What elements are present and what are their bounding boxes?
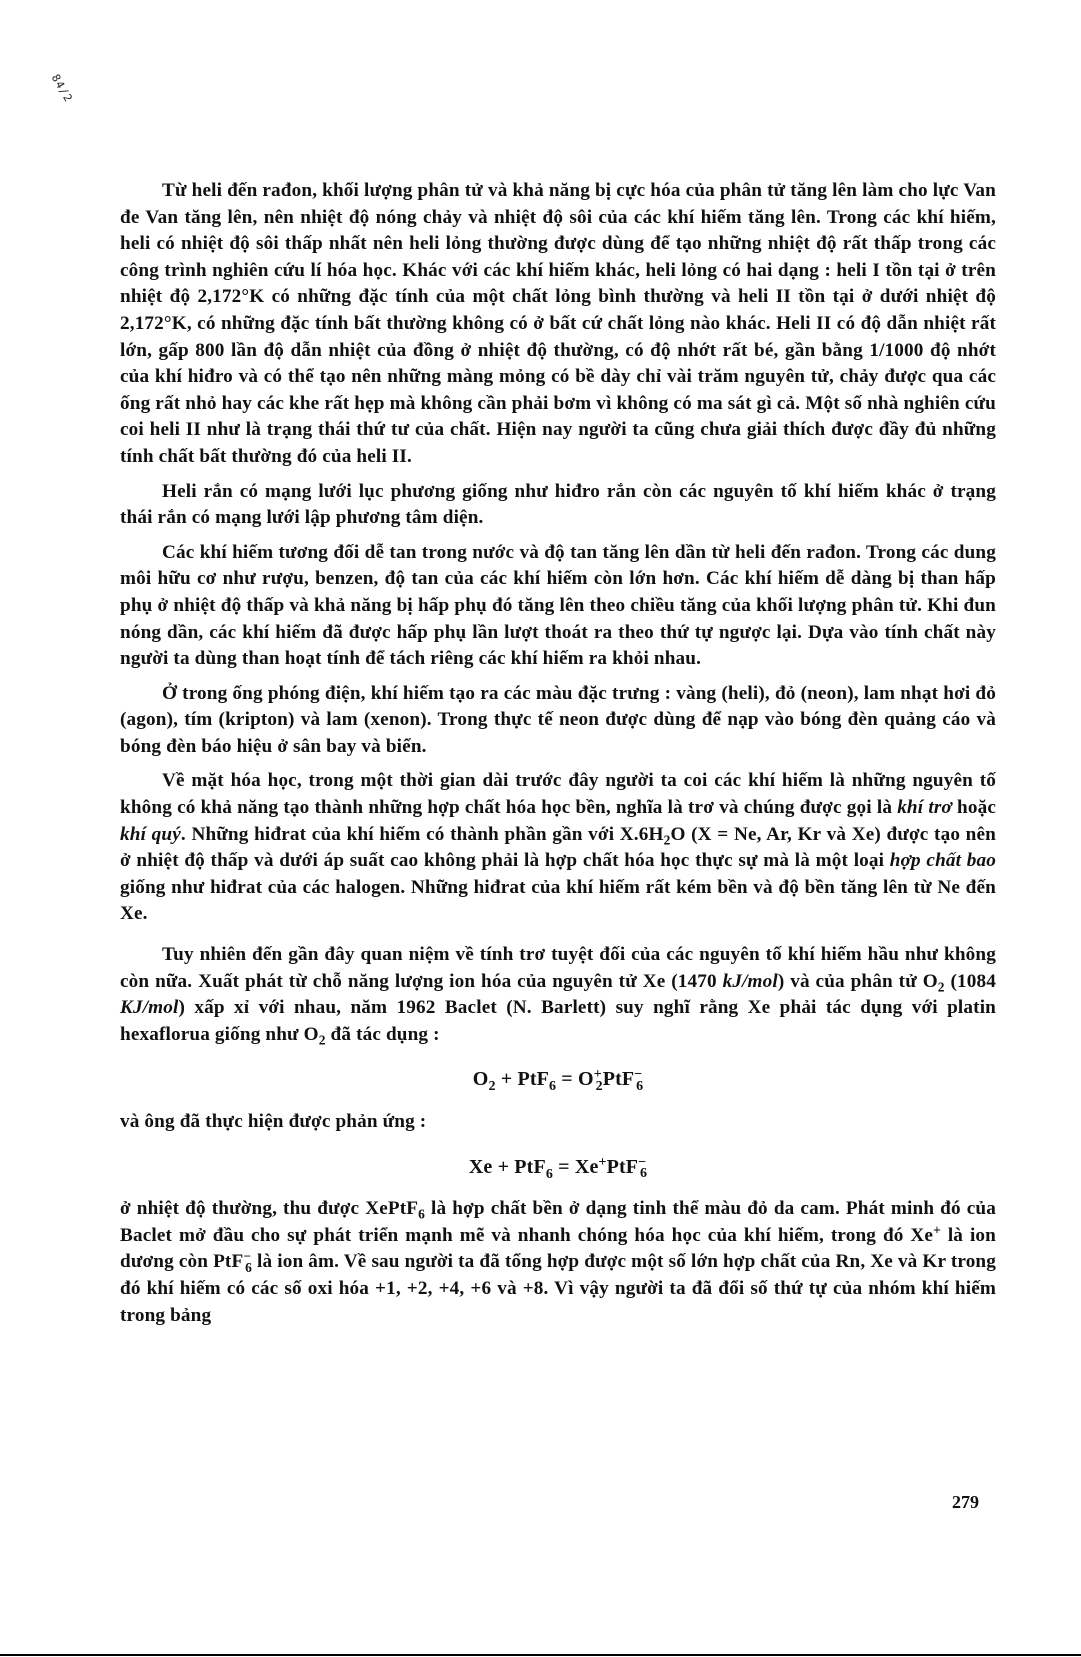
unit-kj-mol: KJ/mol bbox=[120, 997, 178, 1018]
paragraph-solubility: Các khí hiếm tương đối dễ tan trong nước… bbox=[120, 540, 996, 673]
paragraph-solid-helium: Heli rắn có mạng lưới lục phương giống n… bbox=[120, 479, 996, 532]
scan-corner-mark: 84/2 bbox=[49, 72, 76, 105]
superscript: + bbox=[933, 1222, 941, 1237]
eq-term: = O bbox=[556, 1068, 594, 1090]
page-body: Từ heli đến rađon, khối lượng phân tử và… bbox=[120, 178, 996, 1329]
text-segment: giống như hiđrat của các halogen. Những … bbox=[120, 877, 996, 925]
paragraph-bartlett: Tuy nhiên đến gần đây quan niệm về tính … bbox=[120, 942, 996, 1048]
paragraph-chemical-inertness: Về mặt hóa học, trong một thời gian dài … bbox=[120, 768, 996, 928]
text-segment: đã tác dụng : bbox=[326, 1024, 440, 1045]
text-segment: ở nhiệt độ thường, thu được XePtF bbox=[120, 1198, 418, 1219]
eq-term: PtF bbox=[607, 1156, 639, 1178]
eq-term: + PtF bbox=[496, 1068, 549, 1090]
eq-term: Xe + PtF bbox=[469, 1156, 546, 1178]
scan-bottom-edge bbox=[0, 1654, 1081, 1656]
subscript: 6 bbox=[418, 1207, 425, 1222]
text-segment: Về mặt hóa học, trong một thời gian dài … bbox=[120, 770, 996, 818]
subscript: 6 bbox=[245, 1260, 252, 1275]
unit-kj-mol: kJ/mol bbox=[723, 971, 778, 992]
text-segment: ) xấp xỉ với nhau, năm 1962 Baclet (N. B… bbox=[120, 997, 996, 1045]
term-clathrate: hợp chất bao bbox=[890, 850, 996, 871]
paragraph-liquid-helium: Từ heli đến rađon, khối lượng phân tử và… bbox=[120, 178, 996, 471]
text-segment: hoặc bbox=[952, 797, 996, 818]
page-number: 279 bbox=[952, 1492, 979, 1513]
text-segment: là ion âm. Về sau người ta đã tổng hợp đ… bbox=[120, 1251, 996, 1325]
subscript: 2 bbox=[938, 979, 945, 994]
text-segment: ) và của phân tử O bbox=[778, 971, 938, 992]
text-segment: (1084 bbox=[945, 971, 996, 992]
eq-term: O bbox=[473, 1068, 489, 1090]
paragraph-xeptf6-result: ở nhiệt độ thường, thu được XePtF6 là hợ… bbox=[120, 1196, 996, 1329]
eq-term: = Xe bbox=[553, 1156, 598, 1178]
connector-text: và ông đã thực hiện được phản ứng : bbox=[120, 1109, 996, 1136]
subscript: 6 bbox=[636, 1079, 643, 1094]
text-segment: . Những hiđrat của khí hiếm có thành phầ… bbox=[181, 824, 664, 845]
subscript: 6 bbox=[640, 1166, 647, 1181]
subscript: 2 bbox=[488, 1079, 495, 1094]
subscript: 2 bbox=[596, 1079, 603, 1094]
equation-xe-ptf6: Xe + PtF6 = Xe+PtF−6 bbox=[120, 1154, 996, 1181]
eq-term: PtF bbox=[603, 1068, 635, 1090]
paragraph-discharge-colors: Ở trong ống phóng điện, khí hiếm tạo ra … bbox=[120, 681, 996, 761]
subscript: 6 bbox=[546, 1166, 553, 1181]
term-noble-gas: khí quý bbox=[120, 824, 181, 845]
term-inert-gas: khí trơ bbox=[897, 797, 952, 818]
superscript: + bbox=[598, 1155, 606, 1170]
subscript: 2 bbox=[319, 1033, 326, 1048]
equation-o2-ptf6: O2 + PtF6 = O+2PtF−6 bbox=[120, 1066, 996, 1093]
